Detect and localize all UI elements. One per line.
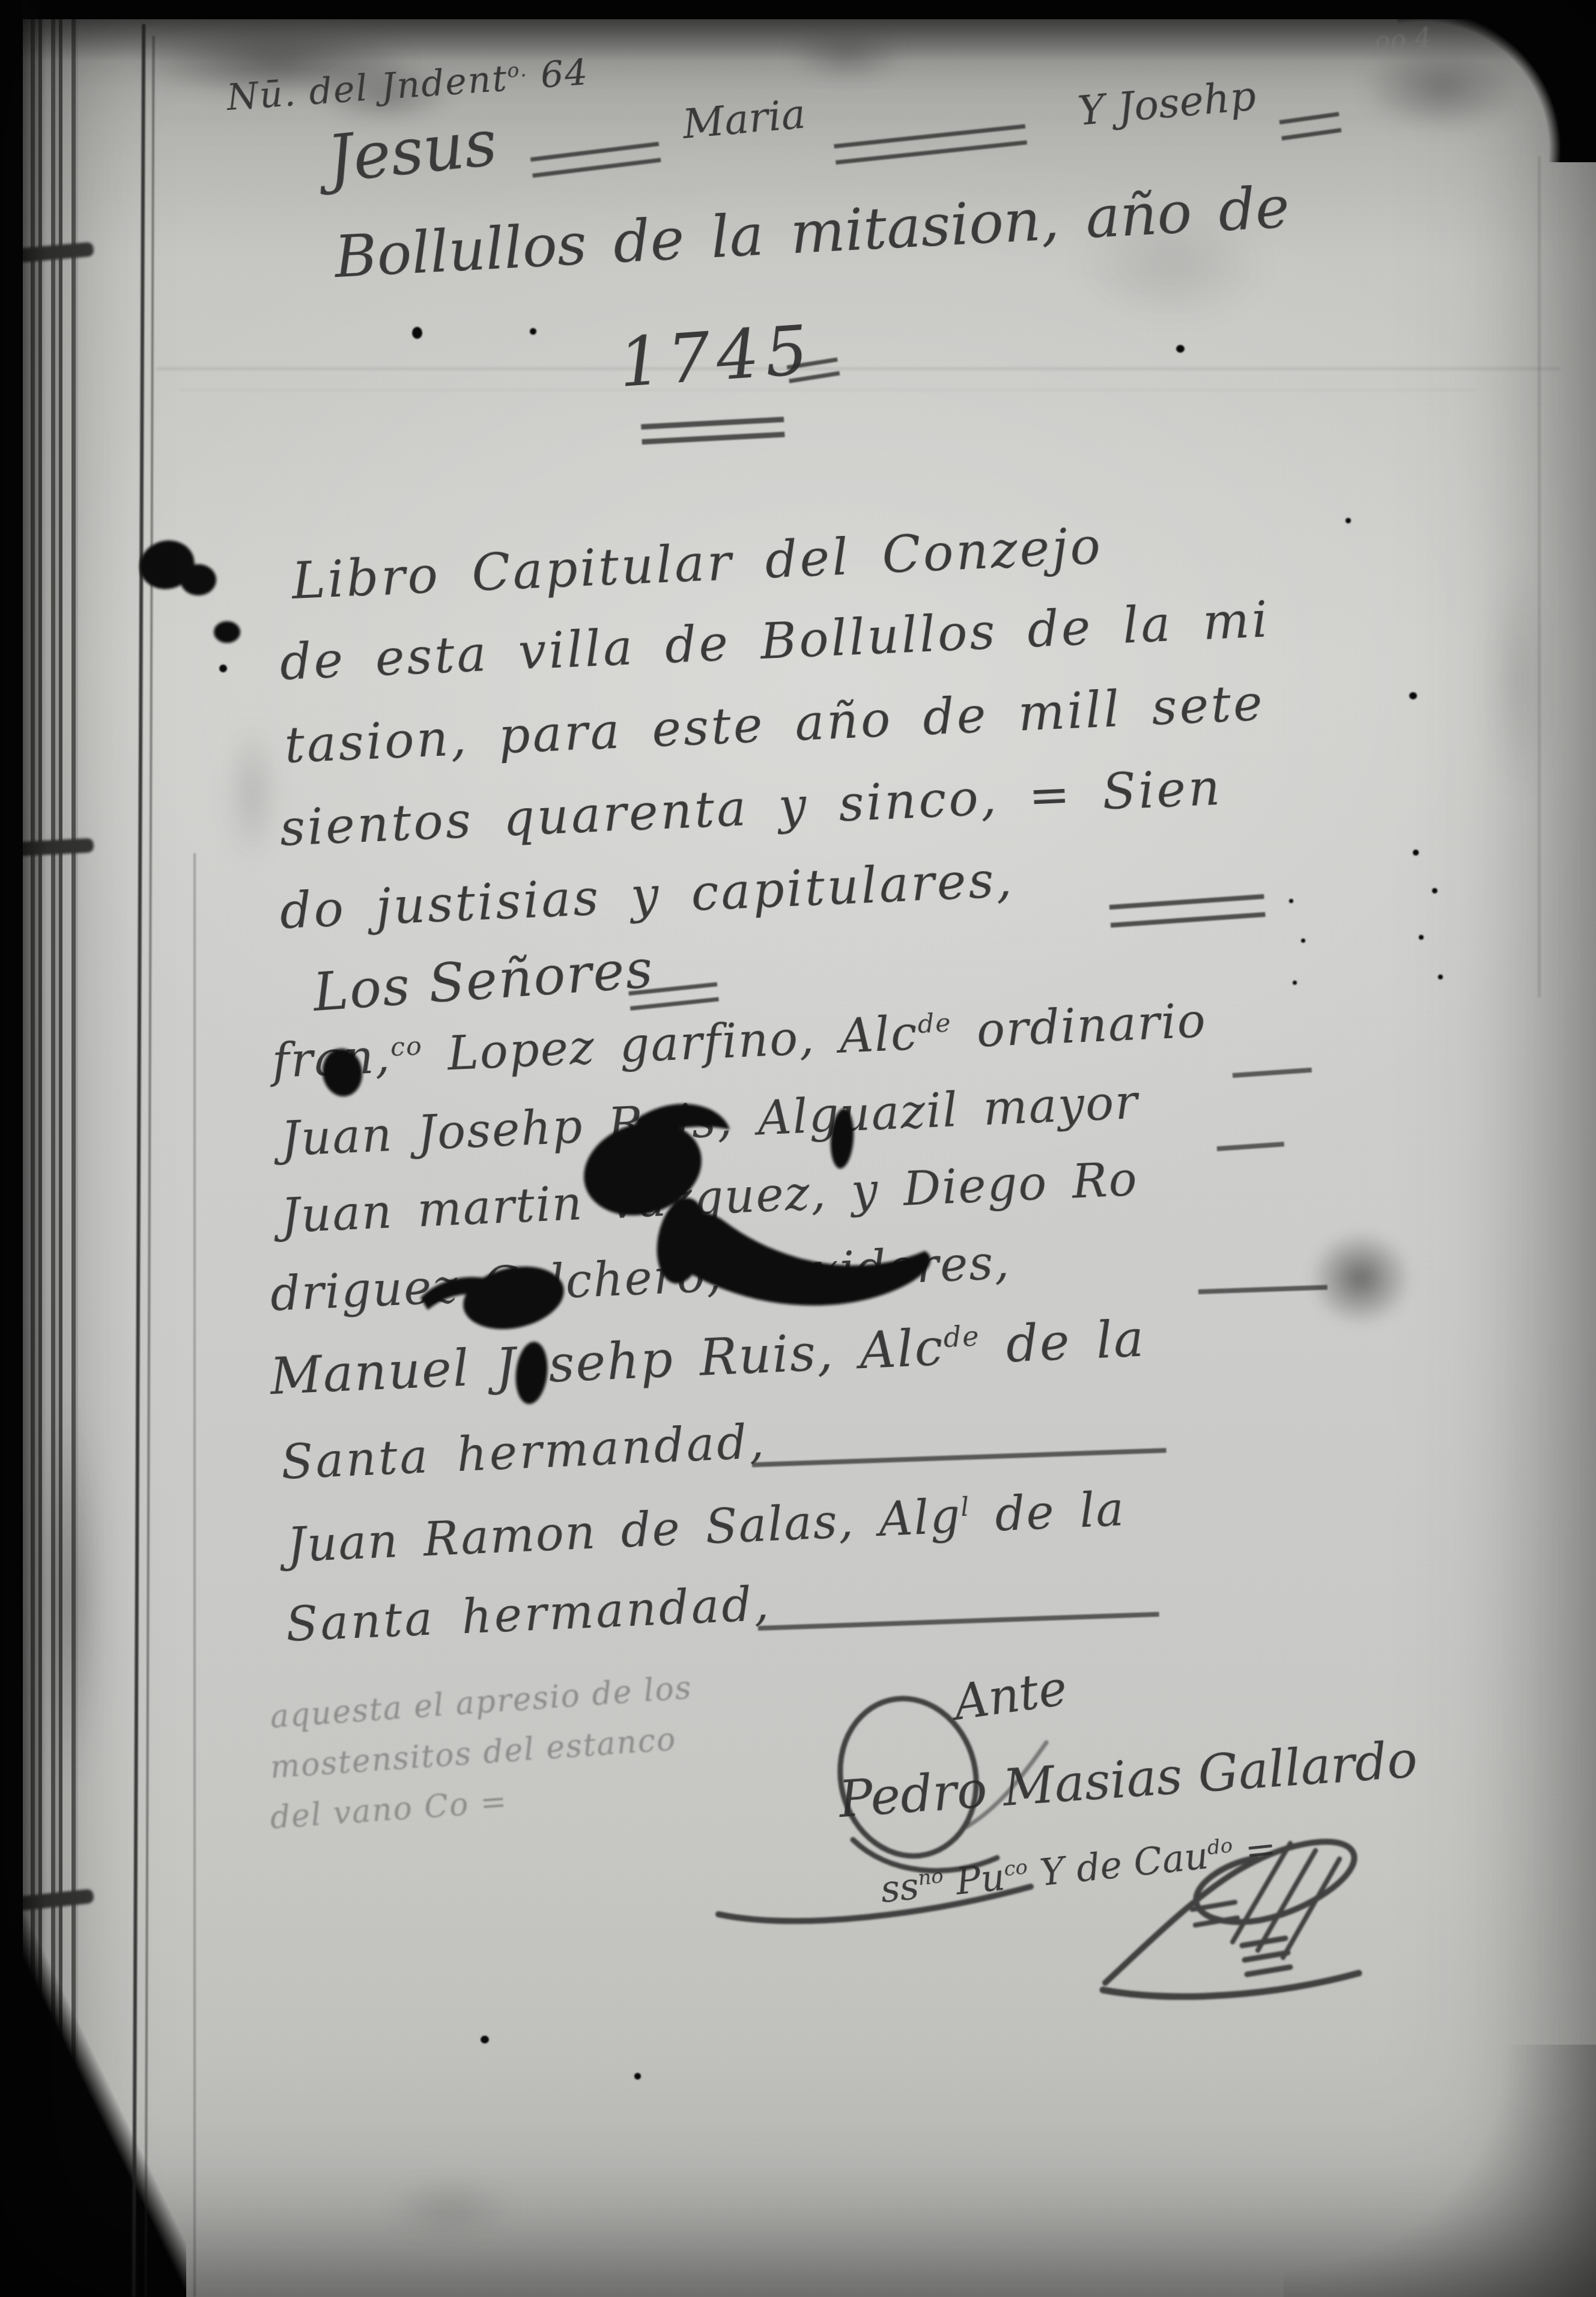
heading-line: de esta villa de Bollullos de la mi [279, 591, 1271, 692]
invocation-joseph: Y Josehp [1076, 72, 1258, 135]
line-end-dash [1217, 1142, 1284, 1151]
ink-dot [1413, 850, 1419, 856]
ink-smudge [1291, 1214, 1430, 1343]
page-title: Bollullos de la mitasion, año de [333, 174, 1291, 291]
heading-line: do justisias y capitulares, [279, 851, 1015, 940]
ante-label: Ante [950, 1660, 1070, 1731]
manuscript-page: Nū. del Jndento. 64 oo 4 Jesus Maria Y J… [0, 0, 1596, 2297]
scan-edge-top-shadow [0, 19, 1596, 61]
ink-dot [1176, 345, 1185, 353]
official-line: Santa hermandad, [280, 1415, 768, 1490]
ink-dot [1289, 899, 1293, 903]
official-line: Juan Ramon de Salas, Algl de la [286, 1482, 1126, 1573]
heading-line: sientos quarenta y sinco, = Sien [279, 759, 1224, 857]
heading-line: tasion, para este año de mill sete [284, 675, 1266, 774]
ink-dot [1419, 935, 1424, 940]
official-line: Juan martin Vazquez, y Diego Ro [280, 1152, 1139, 1244]
officials-header: Los Señores [311, 938, 656, 1023]
corner-mark: oo 4 [1373, 22, 1432, 57]
marginal-note-line: del vano Co = [269, 1784, 509, 1836]
flourish-rule [1279, 112, 1342, 141]
line-end-dash [1233, 1068, 1312, 1078]
paper-smudge [213, 691, 291, 895]
line-end-dash [752, 1448, 1167, 1467]
invocation-maria: Maria [681, 90, 807, 148]
ink-dot [412, 327, 422, 339]
notary-signature-name: Pedro Masias Gallardo [837, 1730, 1419, 1829]
invocation-jesus: Jesus [324, 105, 500, 196]
heading-line: Libro Capitular del Conzejo [291, 516, 1104, 610]
ink-dot [530, 328, 536, 335]
ink-dot [1409, 692, 1417, 699]
margin-rule-line-faint [193, 853, 196, 2297]
ink-dot [1438, 975, 1443, 979]
title-year: 1745 [616, 311, 816, 403]
flourish-rule [530, 142, 661, 178]
line-end-dash [758, 1612, 1159, 1631]
scan-edge-top [0, 0, 1596, 19]
ink-dot [1293, 981, 1297, 985]
line-end-dash [1198, 1285, 1327, 1294]
notary-title: ssno Puco Y de Caudo = [878, 1826, 1278, 1911]
crease-line-right [1538, 156, 1541, 997]
flourish-rule [1109, 894, 1266, 928]
official-line: Santa hermandad, [285, 1577, 772, 1652]
archival-number: Nū. del Jndento. 64 [225, 52, 590, 119]
ink-dot [219, 665, 227, 672]
official-line: Juan Josehp Ruis, Alguazil mayor [280, 1075, 1139, 1167]
paper-smudge [360, 2163, 541, 2253]
ink-dot [634, 2073, 641, 2079]
ink-dot [481, 2036, 489, 2043]
paper-crease [156, 368, 1560, 370]
ink-dot [1346, 518, 1351, 523]
paper-smudge [1472, 511, 1568, 847]
ink-dot [1432, 888, 1437, 893]
year-underline [641, 417, 784, 445]
page-corner-bottom-right [1284, 2045, 1596, 2297]
official-line: Manuel Josehp Ruis, Alcde de la [269, 1309, 1146, 1406]
official-line: driguez Colchero, Rexidores, [269, 1235, 1012, 1322]
page-corner-bottom-left [0, 1822, 186, 2297]
ink-dot [1301, 939, 1305, 943]
flourish-rule [834, 124, 1027, 165]
paper-crease [180, 389, 1476, 391]
